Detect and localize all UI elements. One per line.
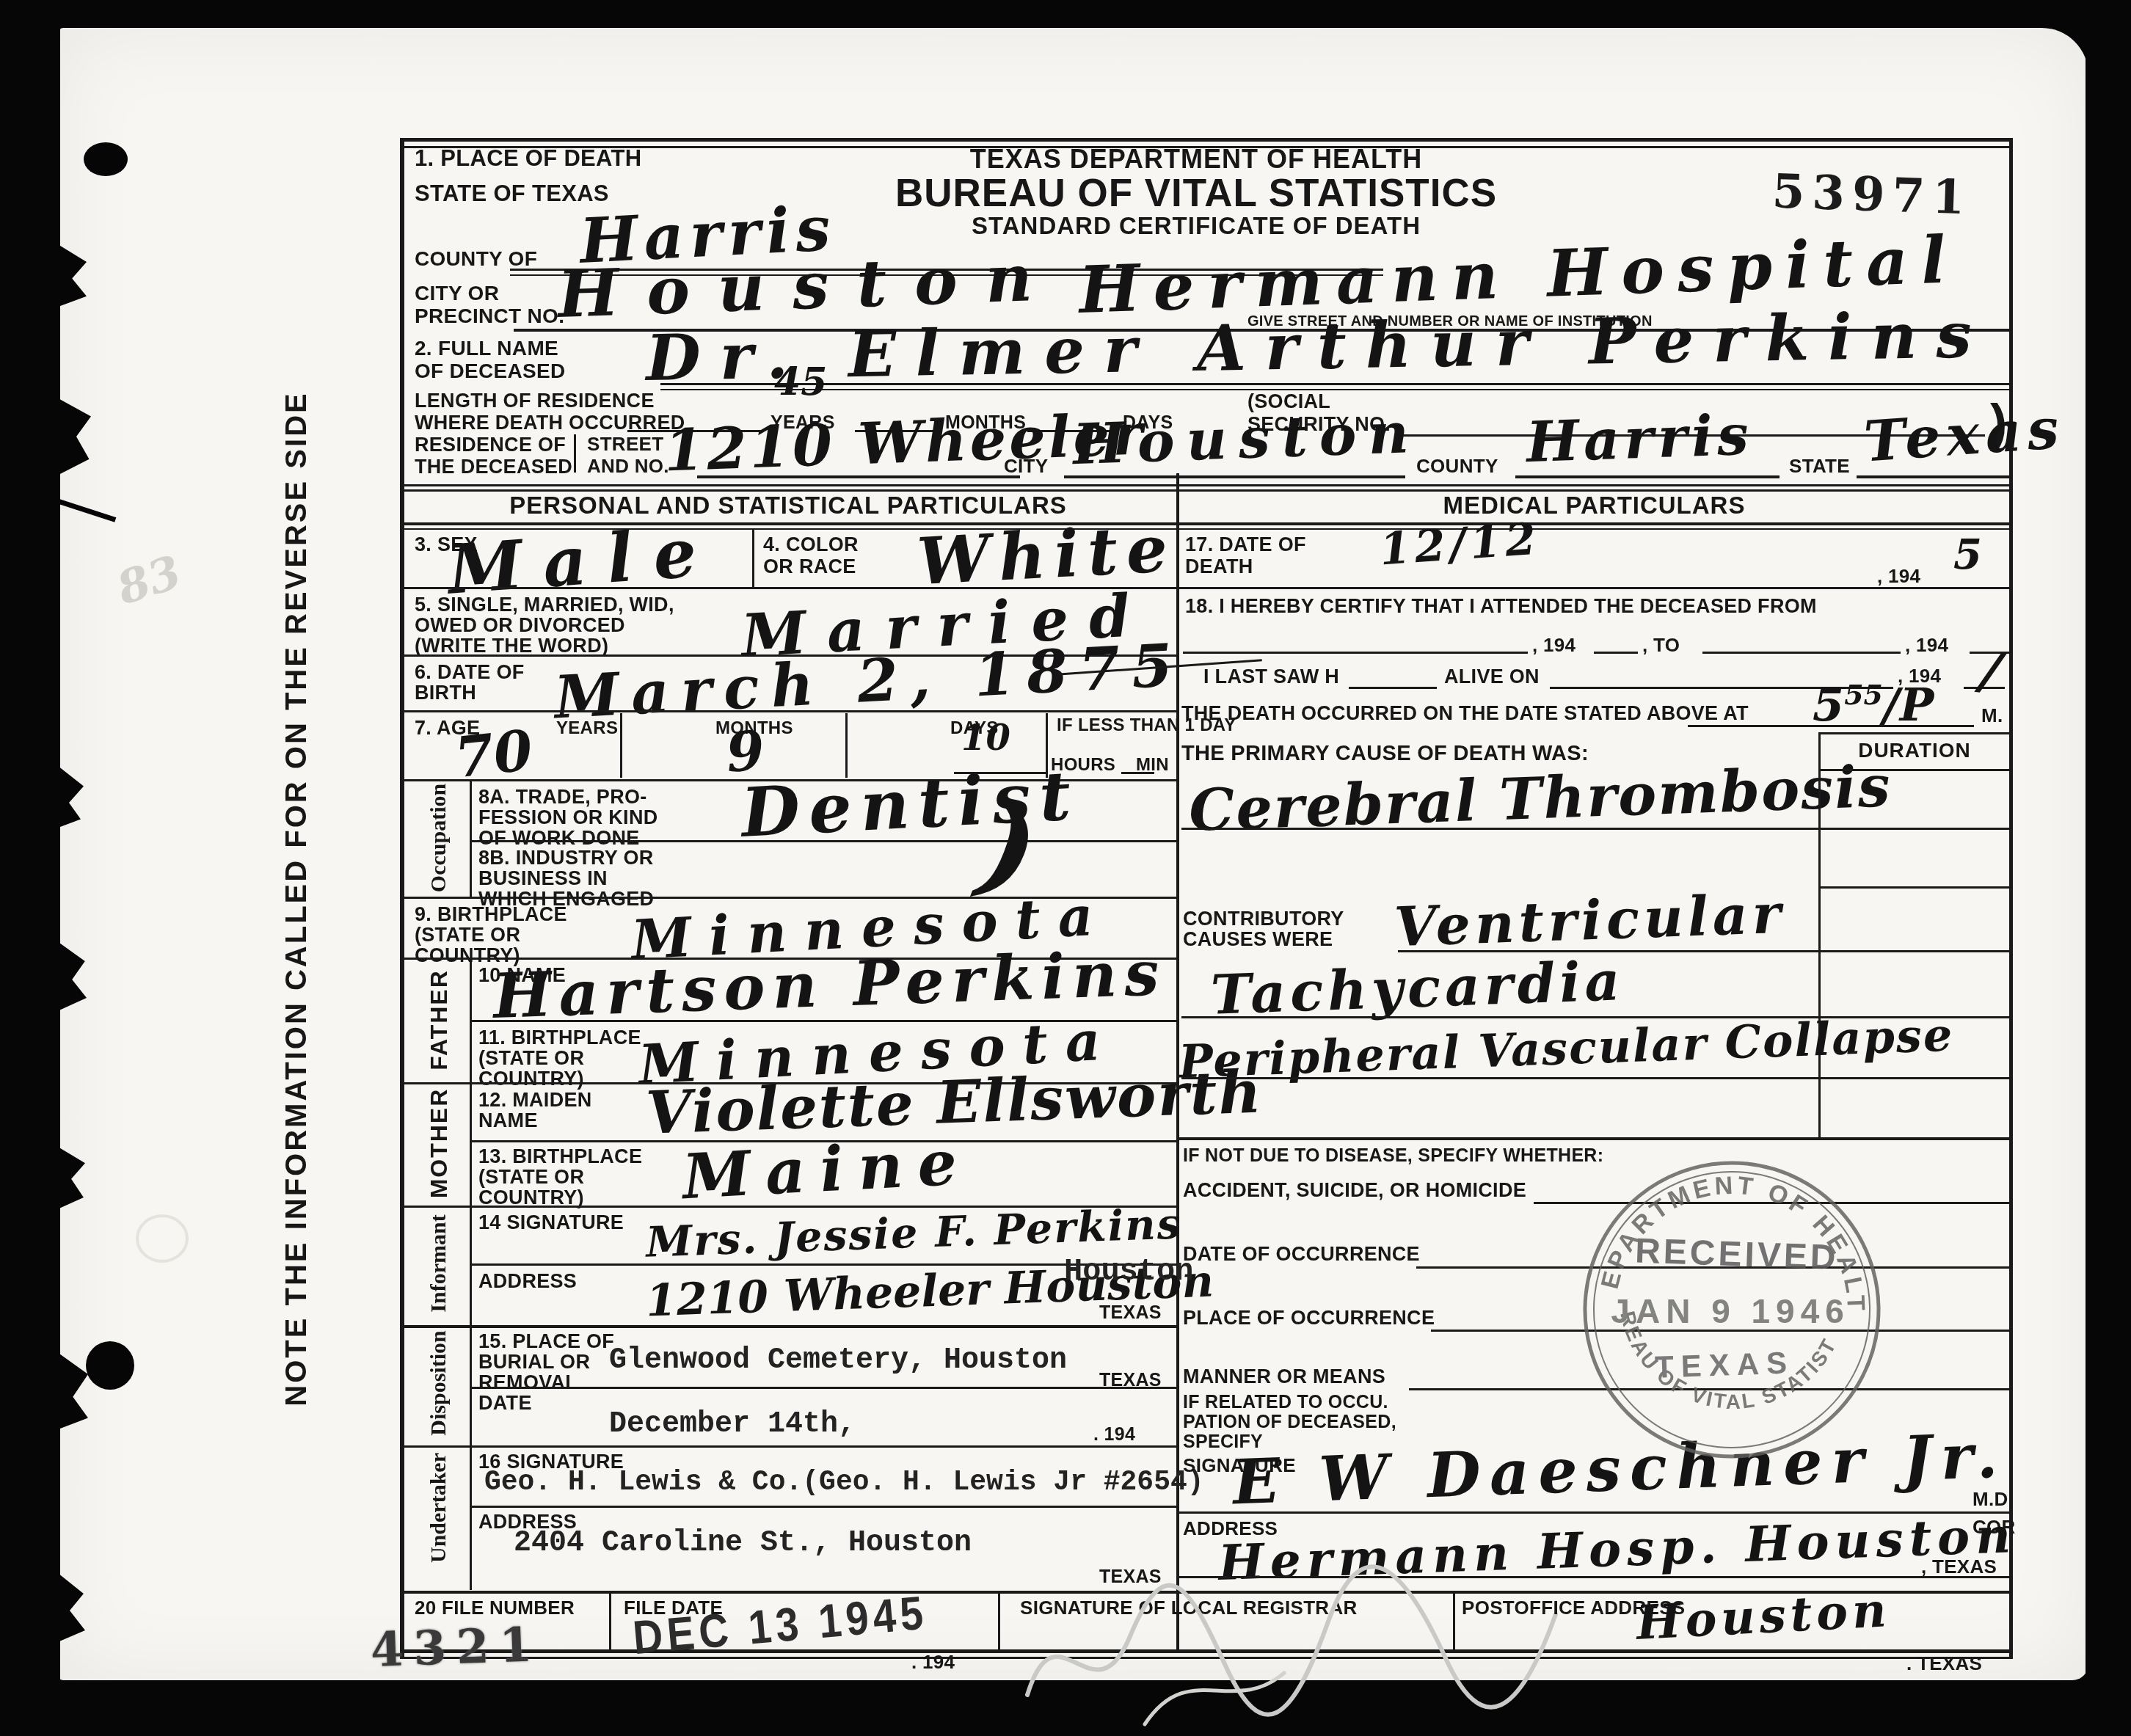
birthplace-label-1: 9. BIRTHPLACE: [415, 904, 567, 924]
burial-value: Glenwood Cemetery, Houston: [609, 1346, 1067, 1376]
color-race-label-2: OR RACE: [763, 556, 856, 577]
color-race-label-1: 4. COLOR: [763, 534, 859, 555]
last-saw-label-1: I LAST SAW H: [1203, 666, 1339, 687]
full-name-label-2: OF DECEASED: [415, 360, 566, 382]
personal-section-header: PERSONAL AND STATISTICAL PARTICULARS: [400, 493, 1176, 519]
informant-address-typed: Houston: [1064, 1256, 1193, 1287]
age-days-value: 10: [961, 721, 1010, 756]
title-line2: BUREAU OF VITAL STATISTICS: [793, 173, 1600, 214]
related-occupation-label-1: IF RELATED TO OCCU.: [1183, 1393, 1388, 1412]
date-of-death-value: 12/12: [1378, 517, 1542, 572]
side-label-informant: Informant: [426, 1214, 451, 1312]
dob-value: March 2, 1875: [553, 635, 1185, 727]
date-of-death-year-hw: 5: [1953, 534, 1982, 575]
burial-label-3: REMOVAL: [478, 1372, 578, 1393]
file-number-label: 20 FILE NUMBER: [415, 1598, 575, 1618]
undertaker-address-value: 2404 Caroline St., Houston: [514, 1529, 972, 1558]
burial-label-2: BURIAL OR: [478, 1352, 590, 1372]
county2-label: COUNTY: [1416, 456, 1498, 476]
age-years-value: 70: [452, 723, 535, 787]
medical-section-header: MEDICAL PARTICULARS: [1179, 493, 2009, 519]
county2-value: Harris: [1526, 407, 1754, 471]
stamp-received: RECEIVED: [1634, 1232, 1839, 1278]
side-label-undertaker: Undertaker: [426, 1453, 451, 1563]
state2-value: Texas: [1862, 401, 2066, 470]
residence-label-2: THE DECEASED: [415, 456, 572, 477]
marital-label-1: 5. SINGLE, MARRIED, WID,: [415, 594, 674, 615]
contributory-label-1: CONTRIBUTORY: [1183, 908, 1344, 929]
place-of-death-label: 1. PLACE OF DEATH: [415, 147, 641, 171]
state-of-texas-label: STATE OF TEXAS: [415, 182, 609, 206]
sex-value: Male: [445, 517, 718, 603]
city2-value: Houston: [1072, 405, 1421, 473]
manner-means-label: MANNER OR MEANS: [1183, 1366, 1385, 1387]
file-number-value: 4321: [370, 1617, 544, 1678]
informant-address-state: TEXAS: [1099, 1303, 1162, 1322]
primary-cause-label: THE PRIMARY CAUSE OF DEATH WAS:: [1181, 743, 1589, 765]
marital-label-3: (WRITE THE WORD): [415, 635, 608, 656]
undertaker-signature-value: Geo. H. Lewis & Co.(Geo. H. Lewis Jr #26…: [484, 1469, 1204, 1497]
physician-address-state: , TEXAS: [1921, 1557, 1997, 1577]
informant-address-label: ADDRESS: [478, 1271, 577, 1291]
street-label-2: AND NO.: [587, 456, 669, 476]
side-label-disposition: Disposition: [426, 1330, 451, 1435]
father-birthplace-label-2: (STATE OR: [478, 1048, 584, 1068]
postoffice-value: Houston: [1636, 1587, 1892, 1647]
accident-label: ACCIDENT, SUICIDE, OR HOMICIDE: [1183, 1180, 1526, 1200]
not-disease-label: IF NOT DUE TO DISEASE, SPECIFY WHETHER:: [1183, 1146, 1603, 1165]
maiden-name-label-1: 12. MAIDEN: [478, 1090, 592, 1110]
industry-label-1: 8B. INDUSTRY OR: [478, 847, 654, 868]
certify-statement: 18. I HEREBY CERTIFY THAT I ATTENDED THE…: [1185, 596, 1817, 616]
dob-label-2: BIRTH: [415, 682, 476, 703]
informant-signature-label: 14 SIGNATURE: [478, 1212, 624, 1233]
industry-label-2: BUSINESS IN: [478, 868, 608, 889]
years-of-residence-value: 45: [774, 363, 827, 401]
burial-date-value: December 14th,: [609, 1410, 856, 1440]
last-saw-label-2: ALIVE ON: [1444, 666, 1540, 687]
birthplace-label-2: (STATE OR: [415, 924, 520, 945]
duration-label: DURATION: [1818, 740, 2011, 761]
contributory-value-2: Tachycardia: [1210, 954, 1625, 1023]
time-of-death-value: 555/P: [1813, 681, 1934, 728]
punch-hole: [84, 142, 128, 176]
marital-label-2: OWED OR DIVORCED: [415, 615, 625, 635]
age-years-label: YEARS: [556, 719, 618, 737]
trade-label-2: FESSION OR KIND: [478, 807, 658, 828]
margin-note: NOTE THE INFORMATION CALLED FOR ON THE R…: [281, 391, 312, 1406]
city-label-1: CITY OR: [415, 282, 499, 304]
trade-label-1: 8A. TRADE, PRO-: [478, 787, 647, 807]
punch-hole: [86, 1341, 134, 1390]
postoffice-state: . TEXAS: [1906, 1654, 1982, 1674]
burial-date-year: . 194: [1093, 1425, 1135, 1444]
city-label-2: PRECINCT NO.: [415, 305, 564, 327]
contributory-value-1: Ventricular: [1394, 887, 1786, 955]
side-label-mother: MOTHER: [426, 1088, 453, 1199]
mother-birthplace-label-2: (STATE OR: [478, 1167, 584, 1187]
father-birthplace-label-1: 11. BIRTHPLACE: [478, 1027, 641, 1048]
date-of-death-label-1: 17. DATE OF: [1185, 534, 1306, 555]
full-name-label-1: 2. FULL NAME: [415, 338, 558, 359]
pencil-mark: 83: [112, 549, 186, 612]
stamp-state: TEXAS: [1654, 1345, 1795, 1385]
length-residence-label-1: LENGTH OF RESIDENCE: [415, 390, 655, 411]
form-title: TEXAS DEPARTMENT OF HEALTH BUREAU OF VIT…: [793, 145, 1600, 239]
father-birthplace-label-3: COUNTRY): [478, 1068, 584, 1089]
date-of-death-year: , 194: [1877, 566, 1920, 586]
county-label: COUNTY OF: [415, 248, 537, 269]
title-line3: STANDARD CERTIFICATE OF DEATH: [793, 214, 1600, 239]
scanned-death-certificate: 83 NOTE THE INFORMATION CALLED FOR ON TH…: [0, 0, 2131, 1736]
related-occupation-label-2: PATION OF DECEASED,: [1183, 1412, 1396, 1432]
registrar-signature: [1013, 1556, 1570, 1732]
place-occurrence-label: PLACE OF OCCURRENCE: [1183, 1308, 1435, 1328]
time-meridiem-label: M.: [1981, 706, 2003, 726]
burial-date-label: DATE: [478, 1393, 532, 1413]
file-date-year: . 194: [911, 1652, 955, 1672]
certificate-number: 53971: [1771, 164, 1973, 225]
residence-label-1: RESIDENCE OF: [415, 434, 566, 455]
title-line1: TEXAS DEPARTMENT OF HEALTH: [793, 145, 1600, 173]
side-label-father: FATHER: [426, 969, 453, 1071]
city-value: Houston: [557, 244, 1061, 327]
burial-label-1: 15. PLACE OF: [478, 1331, 614, 1352]
trade-label-3: OF WORK DONE: [478, 828, 640, 848]
min-label: MIN: [1136, 756, 1169, 774]
contributory-label-2: CAUSES WERE: [1183, 929, 1333, 949]
stamp-date: JAN 9 1946: [1611, 1292, 1850, 1330]
state2-label: STATE: [1789, 456, 1850, 476]
certify-year-1: , 194: [1532, 635, 1576, 655]
received-stamp: DEPARTMENT OF HEALTH BUREAU OF VITAL STA…: [1554, 1132, 1909, 1487]
death-occurred-label: THE DEATH OCCURRED ON THE DATE STATED AB…: [1181, 703, 1749, 723]
date-occurrence-label: DATE OF OCCURRENCE: [1183, 1244, 1420, 1264]
maiden-name-label-2: NAME: [478, 1110, 538, 1131]
pencil-circle: [136, 1214, 189, 1263]
mother-birthplace-label-1: 13. BIRTHPLACE: [478, 1146, 642, 1167]
certify-year-2: , 194: [1905, 635, 1948, 655]
mother-birthplace-value: Maine: [681, 1131, 973, 1208]
street-label-1: STREET: [587, 434, 663, 454]
dob-label-1: 6. DATE OF: [415, 662, 525, 682]
city2-label: CITY: [1004, 456, 1048, 476]
side-label-occupation: Occupation: [426, 784, 451, 892]
certify-to-label: , TO: [1642, 635, 1680, 655]
date-of-death-label-2: DEATH: [1185, 556, 1253, 577]
